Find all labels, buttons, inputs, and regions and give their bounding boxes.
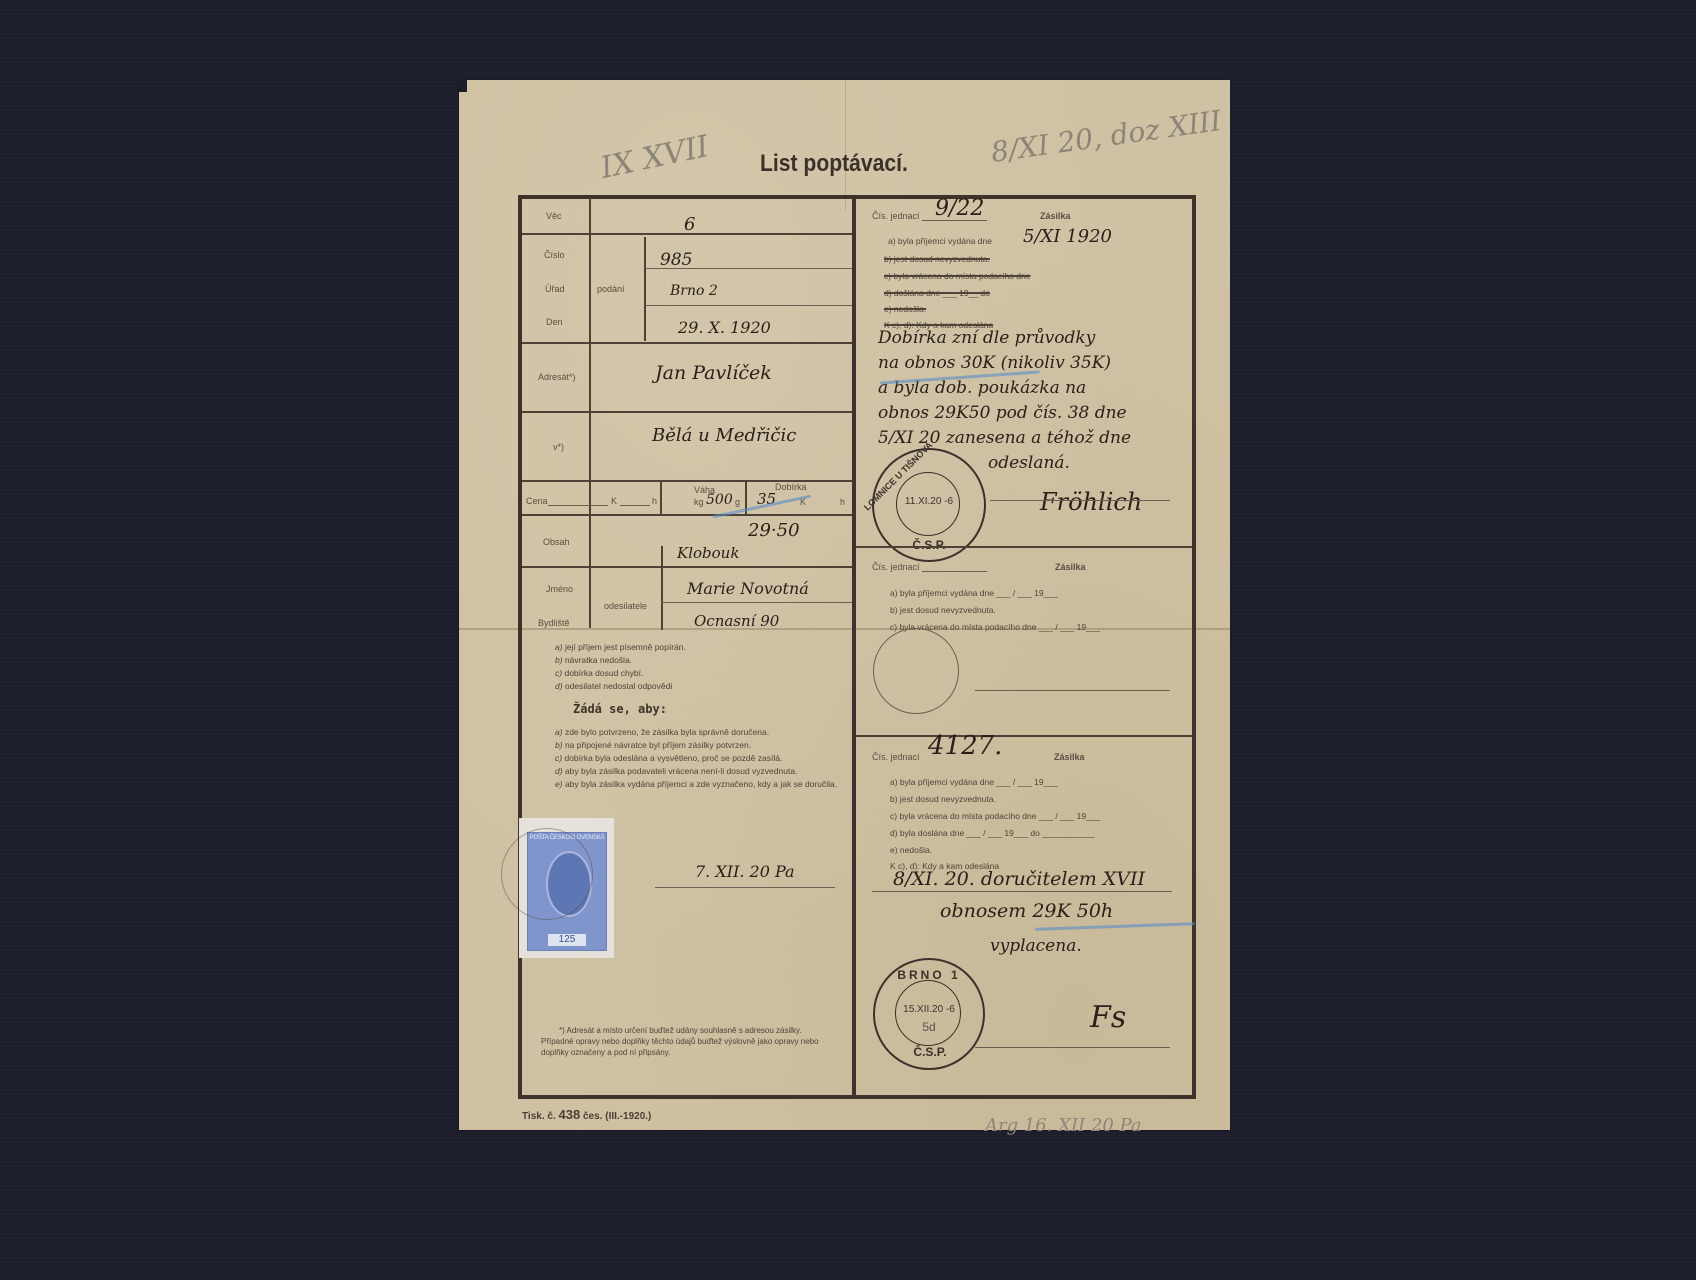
label-zasilka: Zásilka (1054, 752, 1085, 762)
status-item: b) jest dosud nevyzvednuta. (890, 794, 996, 804)
status-item: e) nedošla. (890, 845, 932, 855)
label-cena: Cena (526, 496, 548, 506)
value-urad: Brno 2 (670, 283, 718, 299)
postmark-code: Č.S.P. (902, 538, 956, 552)
document-sheet (459, 80, 1230, 1130)
cancellation-mark (501, 828, 593, 920)
label-dobirka: Dobírka (775, 482, 807, 492)
col-divider (661, 546, 663, 630)
label-zasilka: Zásilka (1040, 211, 1071, 221)
reasons-list: a) její příjem jest písemně popírán. b) … (555, 642, 686, 694)
request-item: d) aby byla zásilka podavateli vrácena n… (555, 766, 845, 779)
request-item: c) dobírka byla odeslána a vysvětleno, p… (555, 753, 845, 766)
request-item: a) zde bylo potvrzeno, že zásilka byla s… (555, 727, 845, 740)
request-text: aby byla zásilka vydána příjemci a zde v… (565, 779, 837, 789)
label-cena-k: K (611, 496, 617, 506)
label-zasilka: Zásilka (1055, 562, 1086, 572)
note-line: a byla dob. poukázka na (878, 378, 1188, 403)
request-item: e) aby byla zásilka vydána příjemci a zd… (555, 779, 845, 790)
reason-letter: d) (555, 681, 563, 691)
signature-line (655, 887, 835, 888)
signature-line (990, 500, 1170, 501)
field-line (922, 571, 987, 572)
reason-item: d) odesilatel nedostal odpovědi (555, 681, 686, 694)
status-item: a) byla příjemci vydána dne (888, 236, 992, 246)
value-adresat: Jan Pavlíček (655, 362, 772, 384)
reason-item: c) dobírka dosud chybí. (555, 668, 686, 681)
label-vaha-g: g (735, 497, 740, 507)
note-line: na obnos 30K (nikoliv 35K) (878, 353, 1188, 378)
value-cislo: 985 (660, 250, 692, 270)
note-line: obnos 29K50 pod čís. 38 dne (878, 403, 1188, 428)
label-odesilatele: odesilatele (604, 601, 647, 611)
label-den: Den (546, 317, 563, 327)
signature-line (975, 690, 1170, 691)
request-letter: d) (555, 766, 563, 776)
signature-date: 7. XII. 20 Pa (695, 862, 795, 881)
footnote: *) Adresát a místo určení buďtež udány s… (541, 1025, 833, 1058)
value-cis-jednaci: 4127. (928, 731, 1002, 761)
request-text: aby byla zásilka podavateli vrácena není… (565, 766, 797, 776)
label-cislo: Číslo (544, 250, 565, 260)
requests-list: a) zde bylo potvrzeno, že zásilka byla s… (555, 727, 845, 790)
value-obsah: Klobouk (677, 544, 739, 562)
label-cis-jednaci: Čís. jednací (872, 211, 920, 221)
note-line: Dobírka zní dle průvodky (878, 328, 1188, 353)
col-divider (589, 198, 591, 628)
postmark-lomnice: LOMNICE U TIŠNOVA 11.XI.20 -6 Č.S.P. (872, 448, 986, 562)
note-line: 8/XI. 20. doručitelem XVII (893, 868, 1145, 890)
row-line (661, 602, 852, 603)
status-item-struck: c) byla vrácena do místa podacího dne (884, 271, 1030, 281)
label-jmeno: Jméno (546, 584, 573, 594)
label-cis-jednaci: Čís. jednací (872, 562, 920, 572)
row-line (522, 514, 852, 516)
reason-text: návratka nedošla. (565, 655, 632, 665)
request-text: na připojené návratce byl příjem zásilky… (565, 740, 751, 750)
status-item-struck: d) došlána dne ___ 19__ do (884, 288, 990, 298)
frame-left (518, 195, 522, 1099)
print-suffix: čes. (III.-1920.) (583, 1111, 651, 1122)
reason-item: b) návratka nedošla. (555, 655, 686, 668)
reason-letter: b) (555, 655, 563, 665)
field-line (872, 891, 1172, 892)
torn-corner (459, 80, 467, 92)
postage-stamp: POŠTA ČESKOSLOVENSKÁ 125 (519, 818, 614, 958)
reason-text: odesilatel nedostal odpovědi (565, 681, 672, 691)
section-divider (856, 735, 1192, 737)
label-vec: Věc (546, 211, 562, 221)
value-cis-jednaci: 9/22 (935, 196, 984, 221)
frame-top (518, 195, 1196, 199)
value-vec: 6 (684, 214, 695, 235)
print-info: Tisk. č. 438 čes. (III.-1920.) (522, 1107, 651, 1122)
reason-text: dobírka dosud chybí. (564, 668, 643, 678)
status-item-struck: b) jest dosud nevyzvednuta. (884, 254, 990, 264)
label-obsah: Obsah (543, 537, 570, 547)
signature-line (975, 1047, 1170, 1048)
stamp-value: 125 (548, 934, 586, 946)
value-vydana: 5/XI 1920 (1023, 226, 1112, 247)
request-text: dobírka byla odeslána a vysvětleno, proč… (564, 753, 782, 763)
request-letter: c) (555, 753, 562, 763)
request-heading: Žádá se, aby: (573, 702, 667, 716)
request-letter: e) (555, 779, 563, 789)
frame-right (1192, 195, 1196, 1099)
value-dobirka-correction: 29·50 (748, 520, 800, 541)
status-item: d) byla doslána dne ___ / ___ 19___ do _… (890, 828, 1094, 838)
row-line (522, 411, 852, 413)
cena-h-line (620, 505, 650, 506)
status-item: a) byla příjemci vydána dne ___ / ___ 19… (890, 588, 1058, 598)
reason-letter: c) (555, 668, 562, 678)
postmark-date: 15.XII.20 -6 (893, 1004, 965, 1015)
note-line: obnosem 29K 50h (940, 900, 1113, 922)
reason-text: její příjem jest písemně popírán. (565, 642, 686, 652)
print-label: Tisk. č. (522, 1111, 556, 1122)
page-title: List poptávací. (760, 150, 908, 178)
label-bydliste: Bydliště (538, 618, 570, 628)
label-cena-h: h (652, 496, 657, 506)
label-dobirka-h: h (840, 497, 845, 507)
fold-line (459, 628, 1230, 630)
print-number: 438 (559, 1107, 581, 1122)
postmark-country: Č.S.P. (903, 1045, 957, 1059)
frame-divider (852, 195, 856, 1099)
postmark-code: 5d (911, 1020, 947, 1034)
label-urad: Úřad (545, 284, 565, 294)
signature-initials: Fs (1090, 1000, 1126, 1035)
signature-frohlich: Fröhlich (1040, 488, 1142, 516)
request-text: zde bylo potvrzeno, že zásilka byla sprá… (565, 727, 769, 737)
status-item: a) byla příjemci vydána dne ___ / ___ 19… (890, 777, 1058, 787)
reason-item: a) její příjem jest písemně popírán. (555, 642, 686, 655)
row-line (522, 342, 852, 344)
note-line: odeslaná. (988, 453, 1298, 478)
pencil-note-bottom: Arg 16. XII 20 Pa (985, 1115, 1142, 1136)
request-letter: b) (555, 740, 563, 750)
request-letter: a) (555, 727, 563, 737)
col-divider (644, 237, 646, 341)
status-item: b) jest dosud nevyzvednuta. (890, 605, 996, 615)
value-vaha: 500 (706, 492, 733, 508)
status-item: c) byla vrácena do místa podacího dne __… (890, 811, 1100, 821)
note-line: vyplacena. (990, 936, 1082, 956)
frame-bottom (518, 1095, 1196, 1099)
value-v: Bělá u Medřičic (652, 425, 796, 446)
label-adresat: Adresát*) (538, 372, 576, 382)
label-cis-jednaci: Čís. jednací (872, 752, 920, 762)
label-podani: podání (597, 284, 625, 294)
reason-letter: a) (555, 642, 563, 652)
value-bydliste: Ocnasní 90 (694, 612, 779, 630)
row-line (522, 566, 852, 568)
value-den: 29. X. 1920 (678, 318, 771, 337)
cena-k-line (548, 505, 608, 506)
row-line (646, 305, 852, 306)
col-divider (660, 480, 662, 514)
postmark-placeholder (873, 628, 959, 714)
postmark-brno: BRNO 1 15.XII.20 -6 5d Č.S.P. (873, 958, 985, 1070)
postmark-place: BRNO 1 (895, 968, 963, 982)
vertical-crease (845, 80, 846, 210)
status-item-struck: e) nedošla. (884, 304, 926, 314)
postmark-date: 11.XI.20 -6 (896, 496, 962, 507)
section-divider (856, 546, 1192, 548)
label-v: v*) (553, 442, 564, 452)
request-item: b) na připojené návratce byl příjem zási… (555, 740, 845, 753)
label-vaha-kg: kg (694, 497, 704, 507)
value-jmeno: Marie Novotná (687, 579, 809, 598)
